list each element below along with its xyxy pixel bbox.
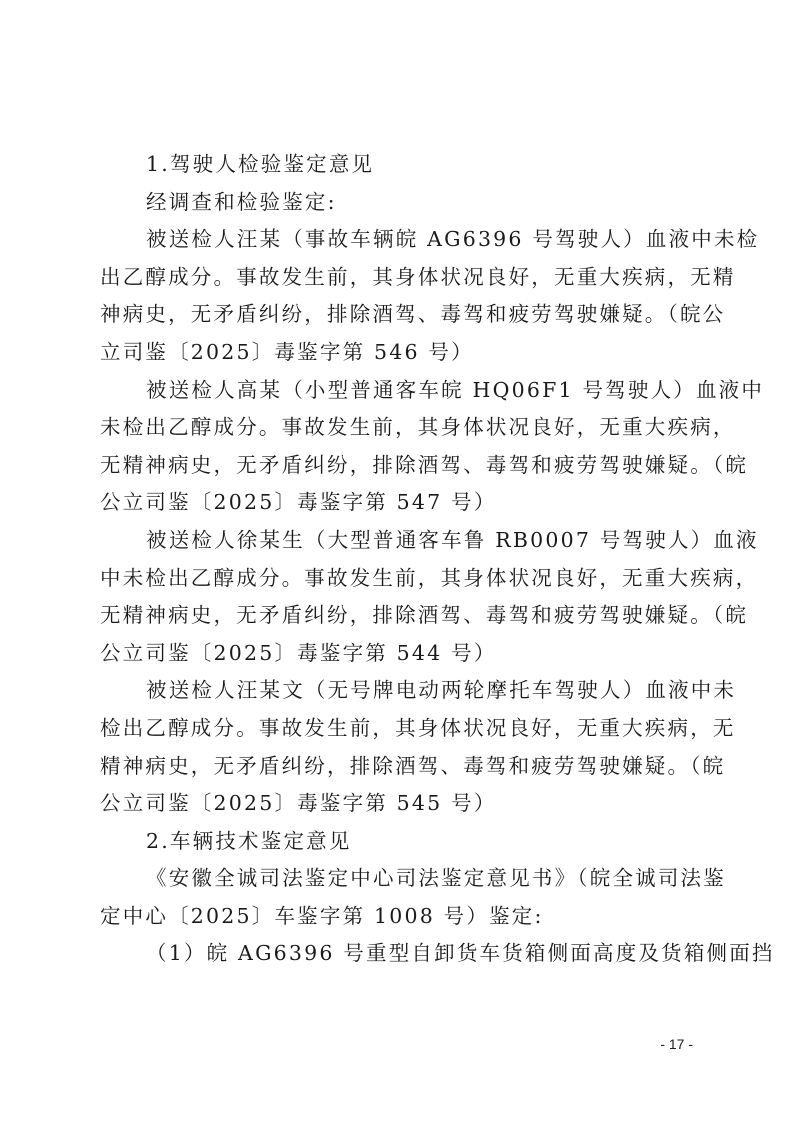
paragraph-line: 出乙醇成分。事故发生前，其身体状况良好，无重大疾病，无精 [100,259,692,297]
paragraph-line: 中未检出乙醇成分。事故发生前，其身体状况良好，无重大疾病， [100,560,692,598]
paragraph-line: 公立司鉴〔2025〕毒鉴字第 545 号） [100,785,692,823]
paragraph-line: 被送检人高某（小型普通客车皖 HQ06F1 号驾驶人）血液中 [100,372,692,410]
paragraph-line: 公立司鉴〔2025〕毒鉴字第 547 号） [100,484,692,522]
paragraph-line: 被送检人汪某（事故车辆皖 AG6396 号驾驶人）血液中未检 [100,221,692,259]
paragraph-line: 检出乙醇成分。事故发生前，其身体状况良好，无重大疾病，无 [100,710,692,748]
paragraph-line: 精神病史，无矛盾纠纷，排除酒驾、毒驾和疲劳驾驶嫌疑。（皖 [100,748,692,786]
body-text: 1.驾驶人检验鉴定意见 经调查和检验鉴定: 被送检人汪某（事故车辆皖 AG639… [100,146,692,973]
page-number: - 17 - [0,1036,793,1052]
paragraph-line: 未检出乙醇成分。事故发生前，其身体状况良好，无重大疾病， [100,409,692,447]
paragraph-line: 定中心〔2025〕车鉴字第 1008 号）鉴定: [100,898,692,936]
paragraph-line: 经调查和检验鉴定: [100,184,692,222]
paragraph-line: 公立司鉴〔2025〕毒鉴字第 544 号） [100,635,692,673]
document-page: 1.驾驶人检验鉴定意见 经调查和检验鉴定: 被送检人汪某（事故车辆皖 AG639… [0,0,793,1122]
paragraph-line: 神病史，无矛盾纠纷，排除酒驾、毒驾和疲劳驾驶嫌疑。（皖公 [100,296,692,334]
page-number-text: - 17 - [660,1036,693,1052]
paragraph-line: 被送检人徐某生（大型普通客车鲁 RB0007 号驾驶人）血液 [100,522,692,560]
paragraph-line: 《安徽全诚司法鉴定中心司法鉴定意见书》（皖全诚司法鉴 [100,860,692,898]
paragraph-line: 立司鉴〔2025〕毒鉴字第 546 号） [100,334,692,372]
paragraph-line: （1）皖 AG6396 号重型自卸货车货箱侧面高度及货箱侧面挡 [100,935,692,973]
paragraph-line: 无精神病史，无矛盾纠纷，排除酒驾、毒驾和疲劳驾驶嫌疑。（皖 [100,597,692,635]
paragraph-line: 无精神病史，无矛盾纠纷，排除酒驾、毒驾和疲劳驾驶嫌疑。（皖 [100,447,692,485]
section-heading-driver-inspection: 1.驾驶人检验鉴定意见 [100,146,692,184]
section-heading-vehicle-inspection: 2.车辆技术鉴定意见 [100,823,692,861]
paragraph-line: 被送检人汪某文（无号牌电动两轮摩托车驾驶人）血液中未 [100,672,692,710]
